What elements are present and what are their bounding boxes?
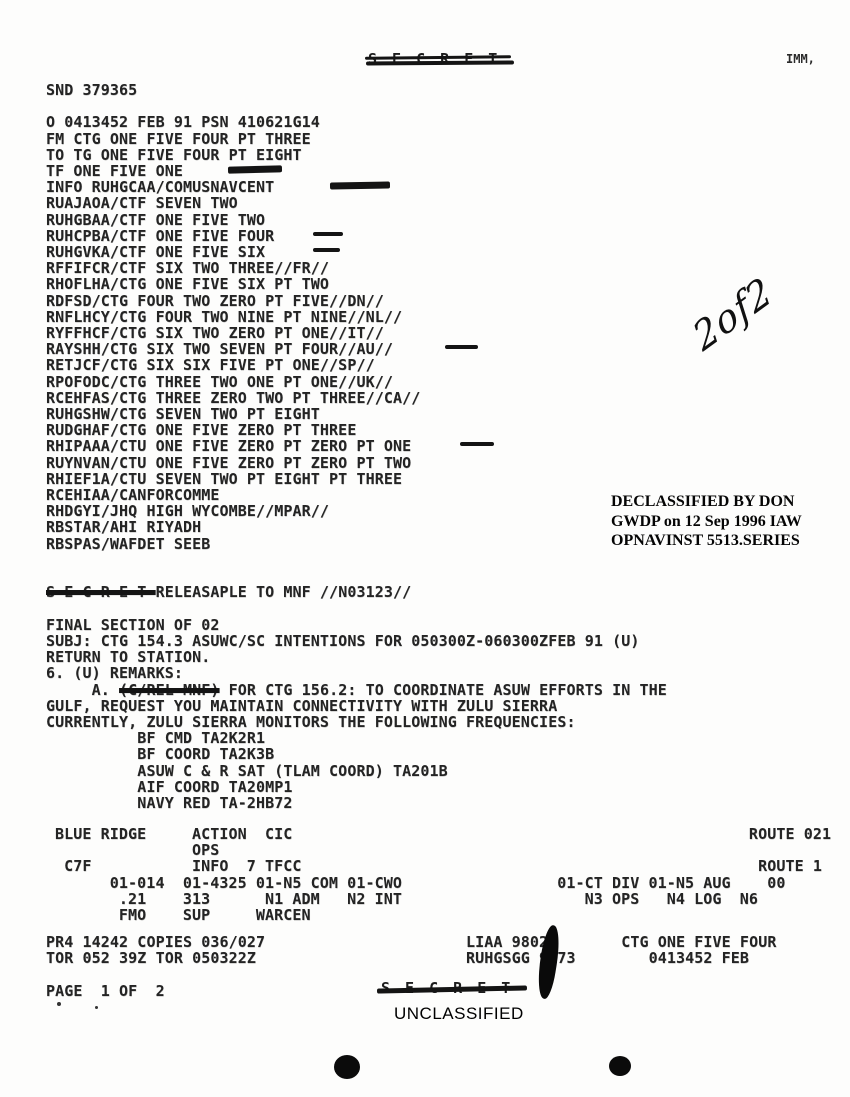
strike-mark xyxy=(228,165,282,173)
routing-table: BLUE RIDGE ACTION CIC ROUTE 021 OPS C7F … xyxy=(55,826,831,923)
handwritten-page-note: 2of2 xyxy=(686,268,779,360)
scan-speck xyxy=(57,1002,61,1006)
precedence-marking: IMM, xyxy=(786,52,815,66)
document-page: S E C R E T IMM, SND 379365 O 0413452 FE… xyxy=(0,0,850,1097)
strike-mark xyxy=(330,181,390,189)
dash-mark xyxy=(313,232,343,236)
declassification-stamp: DECLASSIFIED BY DONGWDP on 12 Sep 1996 I… xyxy=(611,492,850,551)
dash-mark xyxy=(313,248,340,252)
ink-dot-right xyxy=(609,1056,631,1076)
scan-speck xyxy=(95,1006,98,1009)
dash-mark xyxy=(460,442,494,446)
message-body: SND 379365 O 0413452 FEB 91 PSN 410621G1… xyxy=(46,82,667,811)
dash-mark xyxy=(445,345,478,349)
ink-dot-left xyxy=(334,1055,360,1079)
unclassified-stamp: UNCLASSIFIED xyxy=(394,1004,524,1024)
